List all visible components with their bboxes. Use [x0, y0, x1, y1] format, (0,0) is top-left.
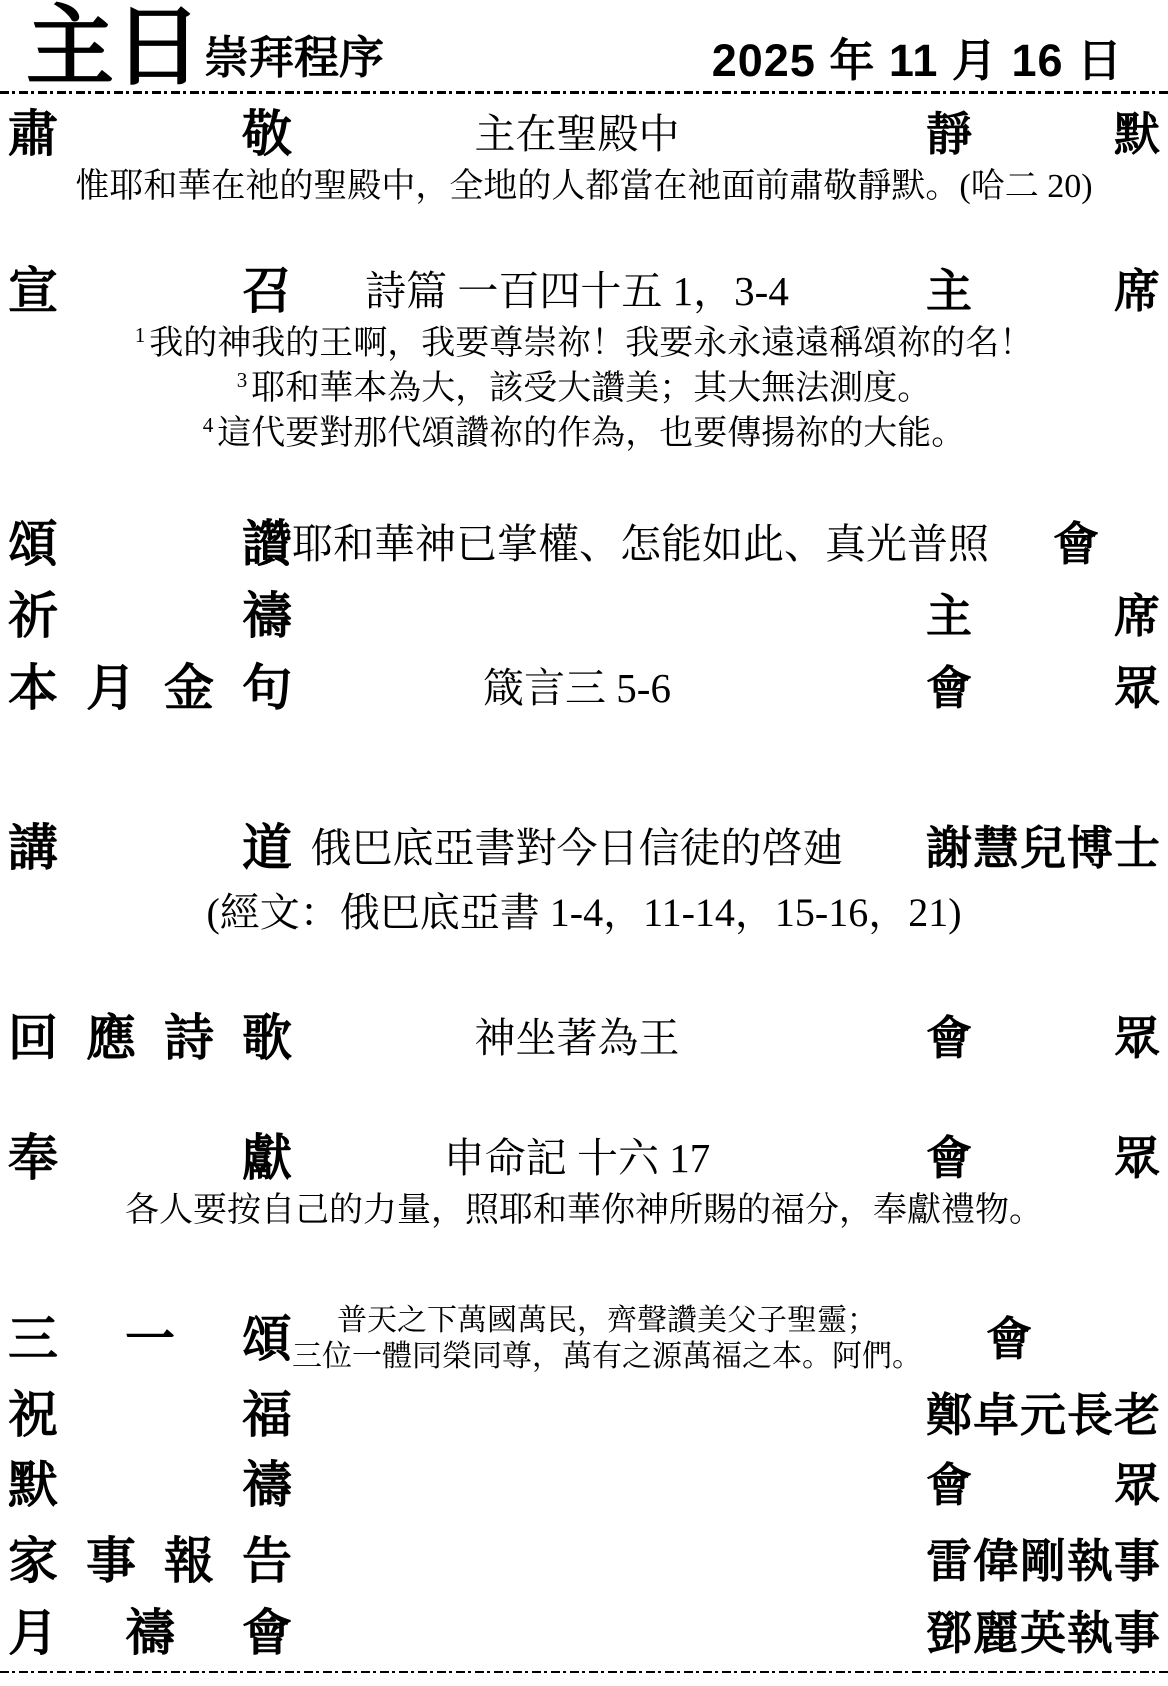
item-label: 祈禱 [8, 588, 292, 644]
program-row: 回應詩歌神坐著為王會眾 [8, 1010, 1160, 1066]
scripture-note: 3耶和華本為大，該受大讚美；其大無法測度。 [8, 369, 1160, 409]
scripture-note: 4這代要對那代頌讚祢的作為，也要傳揚祢的大能。 [8, 414, 1160, 454]
service-date: 2025 年 11 月 16 日 [712, 38, 1123, 83]
program-row: 祝福鄭卓元長老 [8, 1387, 1160, 1443]
item-label: 講道 [8, 820, 292, 876]
item-assignee: 雷偉剛執事 [926, 1533, 1160, 1589]
item-content: 耶和華神已掌權、怎能如此、真光普照 [292, 516, 1053, 572]
program-section-yue-dao-hui: 月禱會鄧麗英執事 [8, 1605, 1160, 1661]
item-content: 詩篇 一百四十五 1，3-4 [292, 263, 926, 319]
item-assignee: 會眾 [986, 1311, 1168, 1367]
divider-bottom [0, 1671, 1168, 1673]
program-section-ben-yue-jin-ju: 本月金句箴言三 5-6會眾 [8, 660, 1160, 716]
item-content: 俄巴底亞書對今日信徒的啓廸 [292, 820, 926, 876]
program-row: 三一頌普天之下萬國萬民，齊聲讚美父子聖靈；三位一體同榮同尊，萬有之源萬福之本。阿… [8, 1303, 1160, 1375]
worship-program-page: 主日 崇拜程序 2025 年 11 月 16 日 肅敬主在聖殿中靜默惟耶和華在祂… [0, 0, 1168, 1686]
item-label: 頌讚 [8, 516, 292, 572]
item-content: 普天之下萬國萬民，齊聲讚美父子聖靈；三位一體同榮同尊，萬有之源萬福之本。阿們。 [292, 1303, 986, 1375]
program-row: 本月金句箴言三 5-6會眾 [8, 660, 1160, 716]
item-assignee: 會眾 [926, 1457, 1160, 1513]
item-assignee: 主席 [926, 588, 1160, 644]
item-label: 月禱會 [8, 1605, 292, 1661]
item-label: 肅敬 [8, 106, 292, 162]
program-row: 講道俄巴底亞書對今日信徒的啓廸謝慧兒博士 [8, 820, 1160, 876]
item-label: 回應詩歌 [8, 1010, 292, 1066]
program-section-san-yi-song: 三一頌普天之下萬國萬民，齊聲讚美父子聖靈；三位一體同榮同尊，萬有之源萬福之本。阿… [8, 1303, 1160, 1375]
item-label: 奉獻 [8, 1130, 292, 1186]
program-section-jiang-dao: 講道俄巴底亞書對今日信徒的啓廸謝慧兒博士(經文：俄巴底亞書 1-4，11-14，… [8, 820, 1160, 936]
program-list: 肅敬主在聖殿中靜默惟耶和華在祂的聖殿中，全地的人都當在祂面前肅敬靜默。(哈二 2… [0, 106, 1168, 1661]
program-row: 頌讚耶和華神已掌權、怎能如此、真光普照會眾 [8, 516, 1160, 572]
item-assignee: 鄭卓元長老 [926, 1387, 1160, 1443]
page-title-main: 主日 [26, 3, 202, 91]
program-row: 家事報告雷偉剛執事 [8, 1533, 1160, 1589]
program-section-feng-xian: 奉獻申命記 十六 17會眾各人要按自己的力量，照耶和華你神所賜的福分，奉獻禮物。 [8, 1130, 1160, 1231]
item-label: 宣召 [8, 263, 292, 319]
item-assignee: 謝慧兒博士 [926, 820, 1160, 876]
scripture-note: 1我的神我的王啊，我要尊崇祢！我要永永遠遠稱頌祢的名！ [8, 324, 1160, 364]
item-assignee: 會眾 [926, 1010, 1160, 1066]
item-label: 三一頌 [8, 1311, 292, 1367]
item-label: 默禱 [8, 1457, 292, 1513]
item-content: 主在聖殿中 [292, 106, 926, 162]
item-label: 家事報告 [8, 1533, 292, 1589]
program-section-jia-shi-bao-gao: 家事報告雷偉剛執事 [8, 1533, 1160, 1589]
item-content: 神坐著為王 [292, 1010, 926, 1066]
scripture-note: 惟耶和華在祂的聖殿中，全地的人都當在祂面前肅敬靜默。(哈二 20) [8, 167, 1160, 207]
program-section-song-zan: 頌讚耶和華神已掌權、怎能如此、真光普照會眾 [8, 516, 1160, 572]
page-title-sub: 崇拜程序 [204, 35, 384, 80]
header: 主日 崇拜程序 2025 年 11 月 16 日 [0, 0, 1168, 91]
program-section-xuan-zhao: 宣召詩篇 一百四十五 1，3-4主席1我的神我的王啊，我要尊崇祢！我要永永遠遠稱… [8, 263, 1160, 454]
item-label: 祝福 [8, 1387, 292, 1443]
program-row: 月禱會鄧麗英執事 [8, 1605, 1160, 1661]
program-row: 奉獻申命記 十六 17會眾 [8, 1130, 1160, 1186]
item-assignee: 會眾 [926, 660, 1160, 716]
item-assignee: 會眾 [926, 1130, 1160, 1186]
item-assignee: 主席 [926, 263, 1160, 319]
item-content: 申命記 十六 17 [292, 1130, 926, 1186]
program-section-qi-dao: 祈禱主席 [8, 588, 1160, 644]
item-content: 箴言三 5-6 [292, 660, 926, 716]
program-section-su-jing: 肅敬主在聖殿中靜默惟耶和華在祂的聖殿中，全地的人都當在祂面前肅敬靜默。(哈二 2… [8, 106, 1160, 207]
item-assignee: 鄧麗英執事 [926, 1605, 1160, 1661]
scripture-note: 各人要按自己的力量，照耶和華你神所賜的福分，奉獻禮物。 [8, 1191, 1160, 1231]
program-section-zhu-fu: 祝福鄭卓元長老 [8, 1387, 1160, 1443]
page-title: 主日 崇拜程序 [26, 3, 384, 91]
item-assignee: 會眾 [1053, 516, 1168, 572]
program-row: 默禱會眾 [8, 1457, 1160, 1513]
program-row: 宣召詩篇 一百四十五 1，3-4主席 [8, 263, 1160, 319]
program-section-hui-ying-shi-ge: 回應詩歌神坐著為王會眾 [8, 1010, 1160, 1066]
program-section-mo-dao: 默禱會眾 [8, 1457, 1160, 1513]
item-label: 本月金句 [8, 660, 292, 716]
program-row: 肅敬主在聖殿中靜默 [8, 106, 1160, 162]
program-row: 祈禱主席 [8, 588, 1160, 644]
item-assignee: 靜默 [926, 106, 1160, 162]
scripture-note: (經文：俄巴底亞書 1-4，11-14，15-16，21) [8, 890, 1160, 936]
